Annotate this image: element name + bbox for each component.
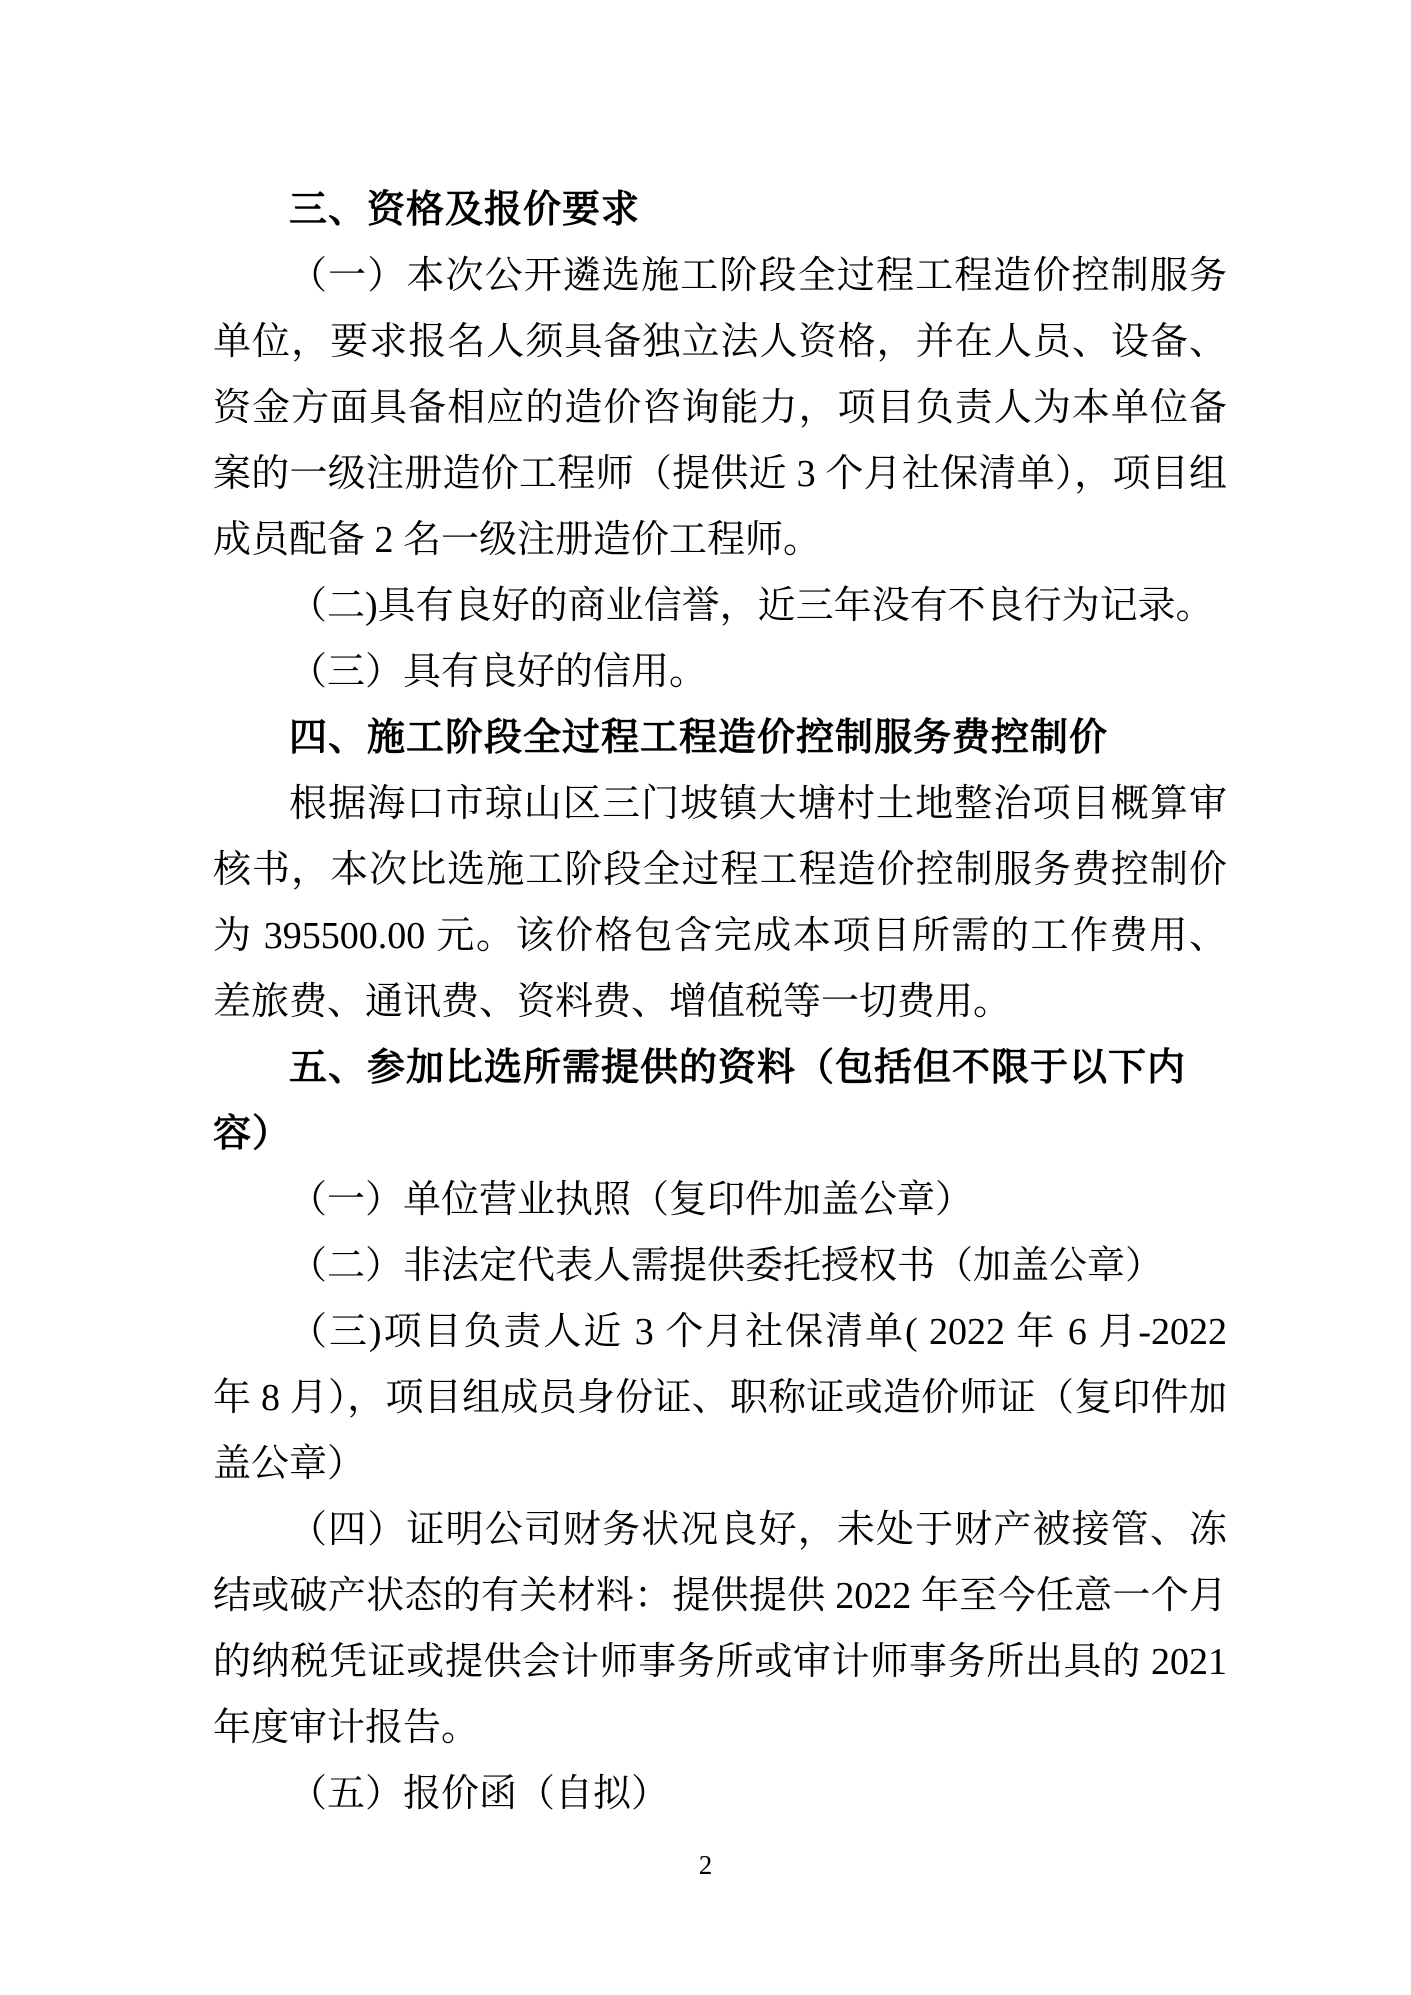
paragraph: （一）单位营业执照（复印件加盖公章） [213,1167,1227,1233]
section-heading-required-materials: 五、参加比选所需提供的资料（包括但不限于以下内容） [213,1035,1227,1167]
paragraph: （二)具有良好的商业信誉，近三年没有不良行为记录。 [213,573,1227,639]
document-page: 三、资格及报价要求 （一）本次公开遴选施工阶段全过程工程造价控制服务单位，要求报… [0,0,1411,1995]
paragraph: （三）具有良好的信用。 [213,639,1227,705]
paragraph: （四）证明公司财务状况良好，未处于财产被接管、冻结或破产状态的有关材料：提供提供… [213,1497,1227,1761]
paragraph: 根据海口市琼山区三门坡镇大塘村土地整治项目概算审核书，本次比选施工阶段全过程工程… [213,771,1227,1035]
paragraph: （二）非法定代表人需提供委托授权书（加盖公章） [213,1233,1227,1299]
section-heading-service-fee-control-price: 四、施工阶段全过程工程造价控制服务费控制价 [213,705,1227,771]
page-number: 2 [0,1850,1411,1880]
paragraph: （三)项目负责人近 3 个月社保清单( 2022 年 6 月-2022 年 8 … [213,1299,1227,1497]
document-content: 三、资格及报价要求 （一）本次公开遴选施工阶段全过程工程造价控制服务单位，要求报… [213,177,1227,1827]
paragraph: （一）本次公开遴选施工阶段全过程工程造价控制服务单位，要求报名人须具备独立法人资… [213,243,1227,573]
paragraph: （五）报价函（自拟） [213,1761,1227,1827]
section-heading-qualification-requirements: 三、资格及报价要求 [213,177,1227,243]
